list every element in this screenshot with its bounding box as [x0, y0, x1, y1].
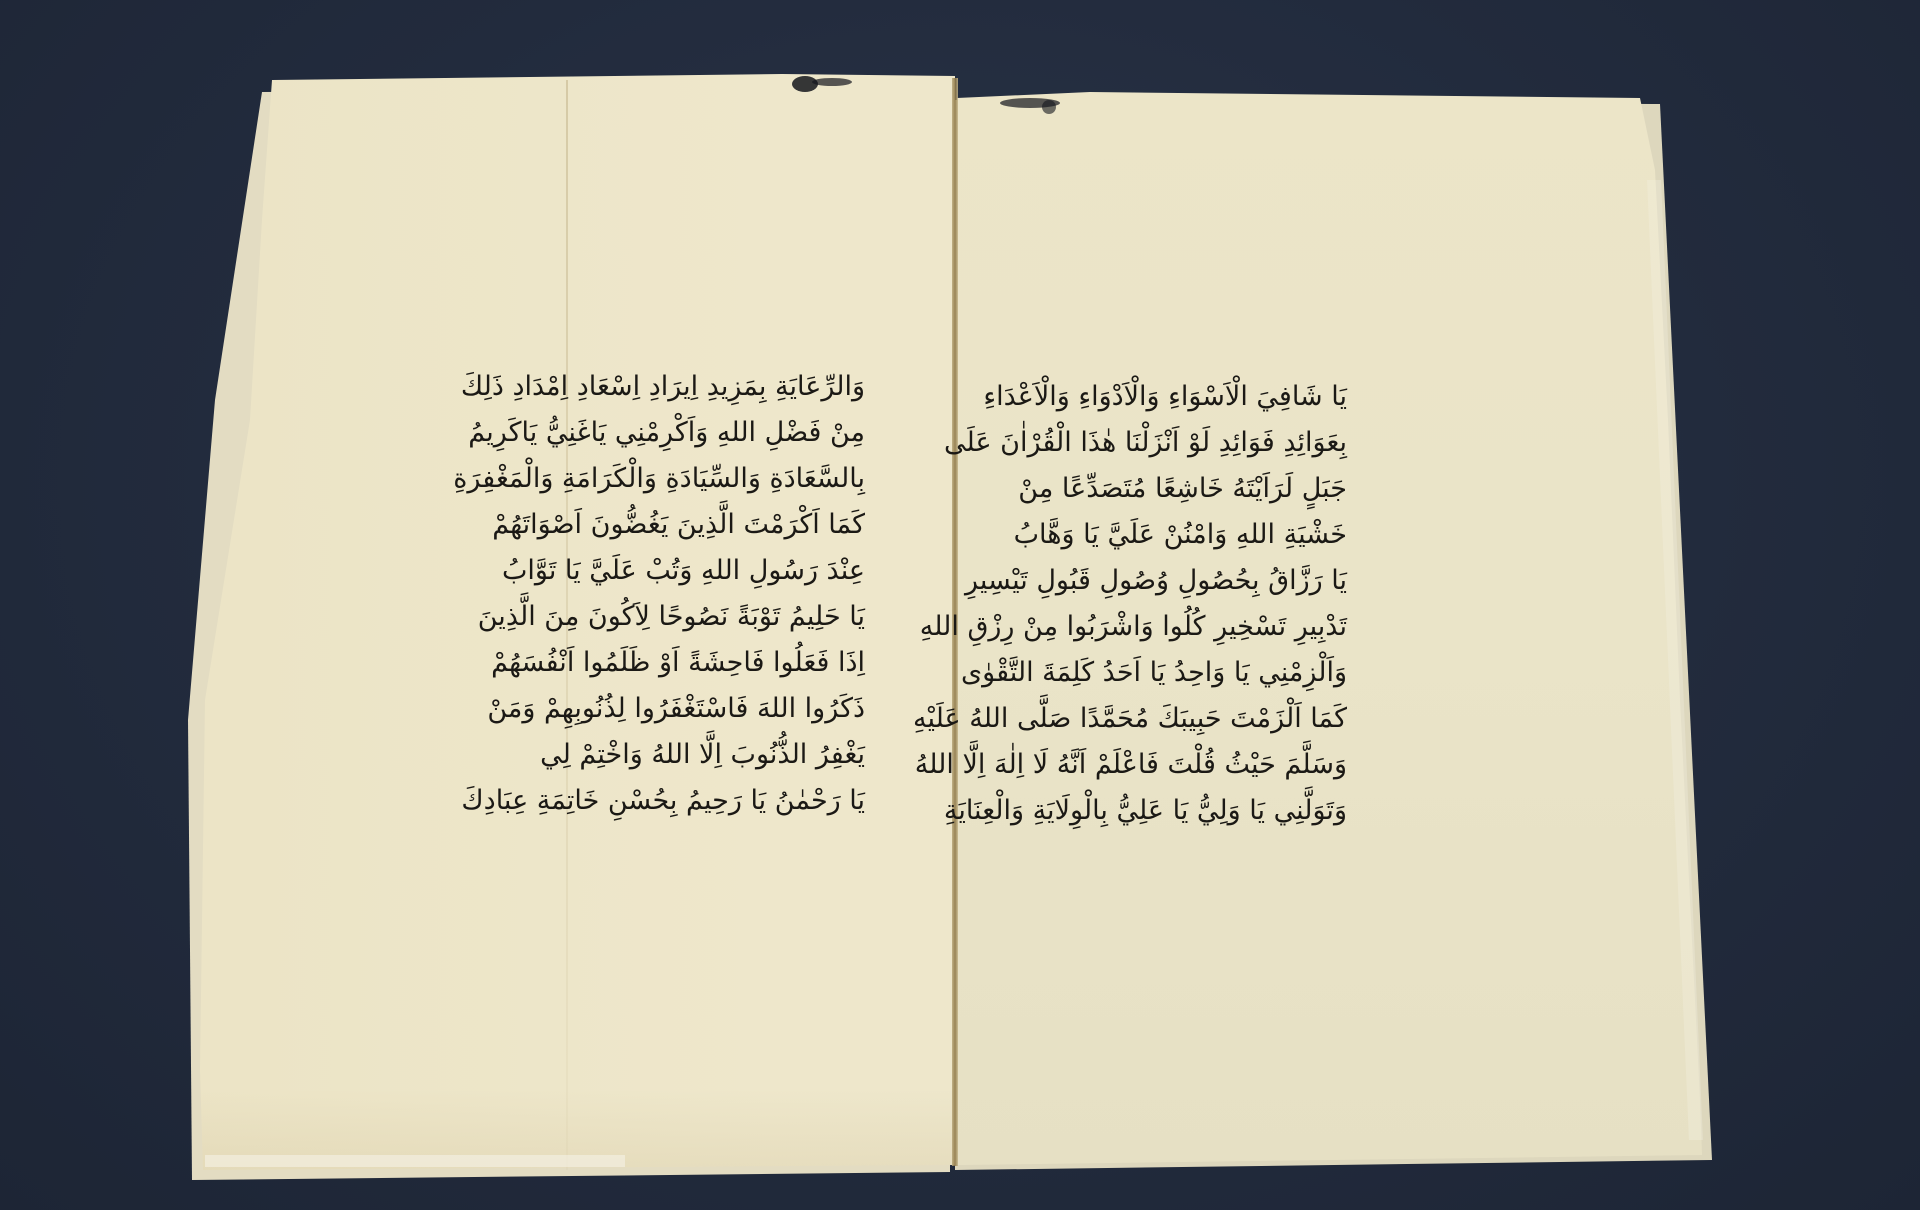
- manuscript-line: خَشْيَةِ اللهِ وَامْنُنْ عَلَيَّ يَا وَه…: [1062, 512, 1347, 558]
- manuscript-line: يَا رَحْمٰنُ يَا رَحِيمُ بِحُسْنِ خَاتِم…: [575, 778, 865, 824]
- manuscript-line: وَتَوَلَّنِي يَا وَلِيُّ يَا عَلِيُّ بِا…: [1062, 788, 1347, 834]
- right-page-text: يَا شَافِيَ الْاَسْوَاءِ وَالْاَدْوَاءِ …: [1062, 374, 1347, 834]
- manuscript-line: ذَكَرُوا اللهَ فَاسْتَغْفَرُوا لِذُنُوبِ…: [575, 686, 865, 732]
- manuscript-line: بِعَوَائِدِ فَوَائِدِ لَوْ اَنْزَلْنَا ه…: [1062, 420, 1347, 466]
- manuscript-line: تَدْبِيرِ تَسْخِيرِ كُلُوا وَاشْرَبُوا م…: [1062, 604, 1347, 650]
- manuscript-line: يَا رَزَّاقُ بِحُصُولِ وُصُولِ قَبُولِ ت…: [1062, 558, 1347, 604]
- manuscript-line: كَمَا اَلْزَمْتَ حَبِيبَكَ مُحَمَّدًا صَ…: [1062, 696, 1347, 742]
- manuscript-line: يَا حَلِيمُ تَوْبَةً نَصُوحًا لِاَكُونَ …: [575, 594, 865, 640]
- manuscript-line: كَمَا اَكْرَمْتَ الَّذِينَ يَغُضُّونَ اَ…: [575, 502, 865, 548]
- manuscript-line: اِذَا فَعَلُوا فَاحِشَةً اَوْ ظَلَمُوا ا…: [575, 640, 865, 686]
- manuscript-line: جَبَلٍ لَرَاَيْتَهُ خَاشِعًا مُتَصَدِّعً…: [1062, 466, 1347, 512]
- manuscript-line: يَغْفِرُ الذُّنُوبَ اِلَّا اللهُ وَاخْتِ…: [575, 732, 865, 778]
- left-page-bottom-wear: [205, 1155, 625, 1167]
- manuscript-line: بِالسَّعَادَةِ وَالسِّيَادَةِ وَالْكَرَا…: [575, 456, 865, 502]
- manuscript-line: وَالرِّعَايَةِ بِمَزِيدِ اِيرَادِ اِسْعَ…: [575, 364, 865, 410]
- manuscript-line: وَسَلَّمَ حَيْثُ قُلْتَ فَاعْلَمْ اَنَّه…: [1062, 742, 1347, 788]
- manuscript-line: مِنْ فَضْلِ اللهِ وَاَكْرِمْنِي يَاغَنِي…: [575, 410, 865, 456]
- manuscript-line: يَا شَافِيَ الْاَسْوَاءِ وَالْاَدْوَاءِ …: [1062, 374, 1347, 420]
- ink-stain-right-top-2: [1042, 100, 1056, 114]
- manuscript-line: عِنْدَ رَسُولِ اللهِ وَتُبْ عَلَيَّ يَا …: [575, 548, 865, 594]
- ink-stain-left-top-2: [812, 78, 852, 86]
- manuscript-line: وَاَلْزِمْنِي يَا وَاحِدُ يَا اَحَدُ كَل…: [1062, 650, 1347, 696]
- manuscript-photo: وَالرِّعَايَةِ بِمَزِيدِ اِيرَادِ اِسْعَ…: [0, 0, 1920, 1210]
- left-page-text: وَالرِّعَايَةِ بِمَزِيدِ اِيرَادِ اِسْعَ…: [575, 364, 865, 824]
